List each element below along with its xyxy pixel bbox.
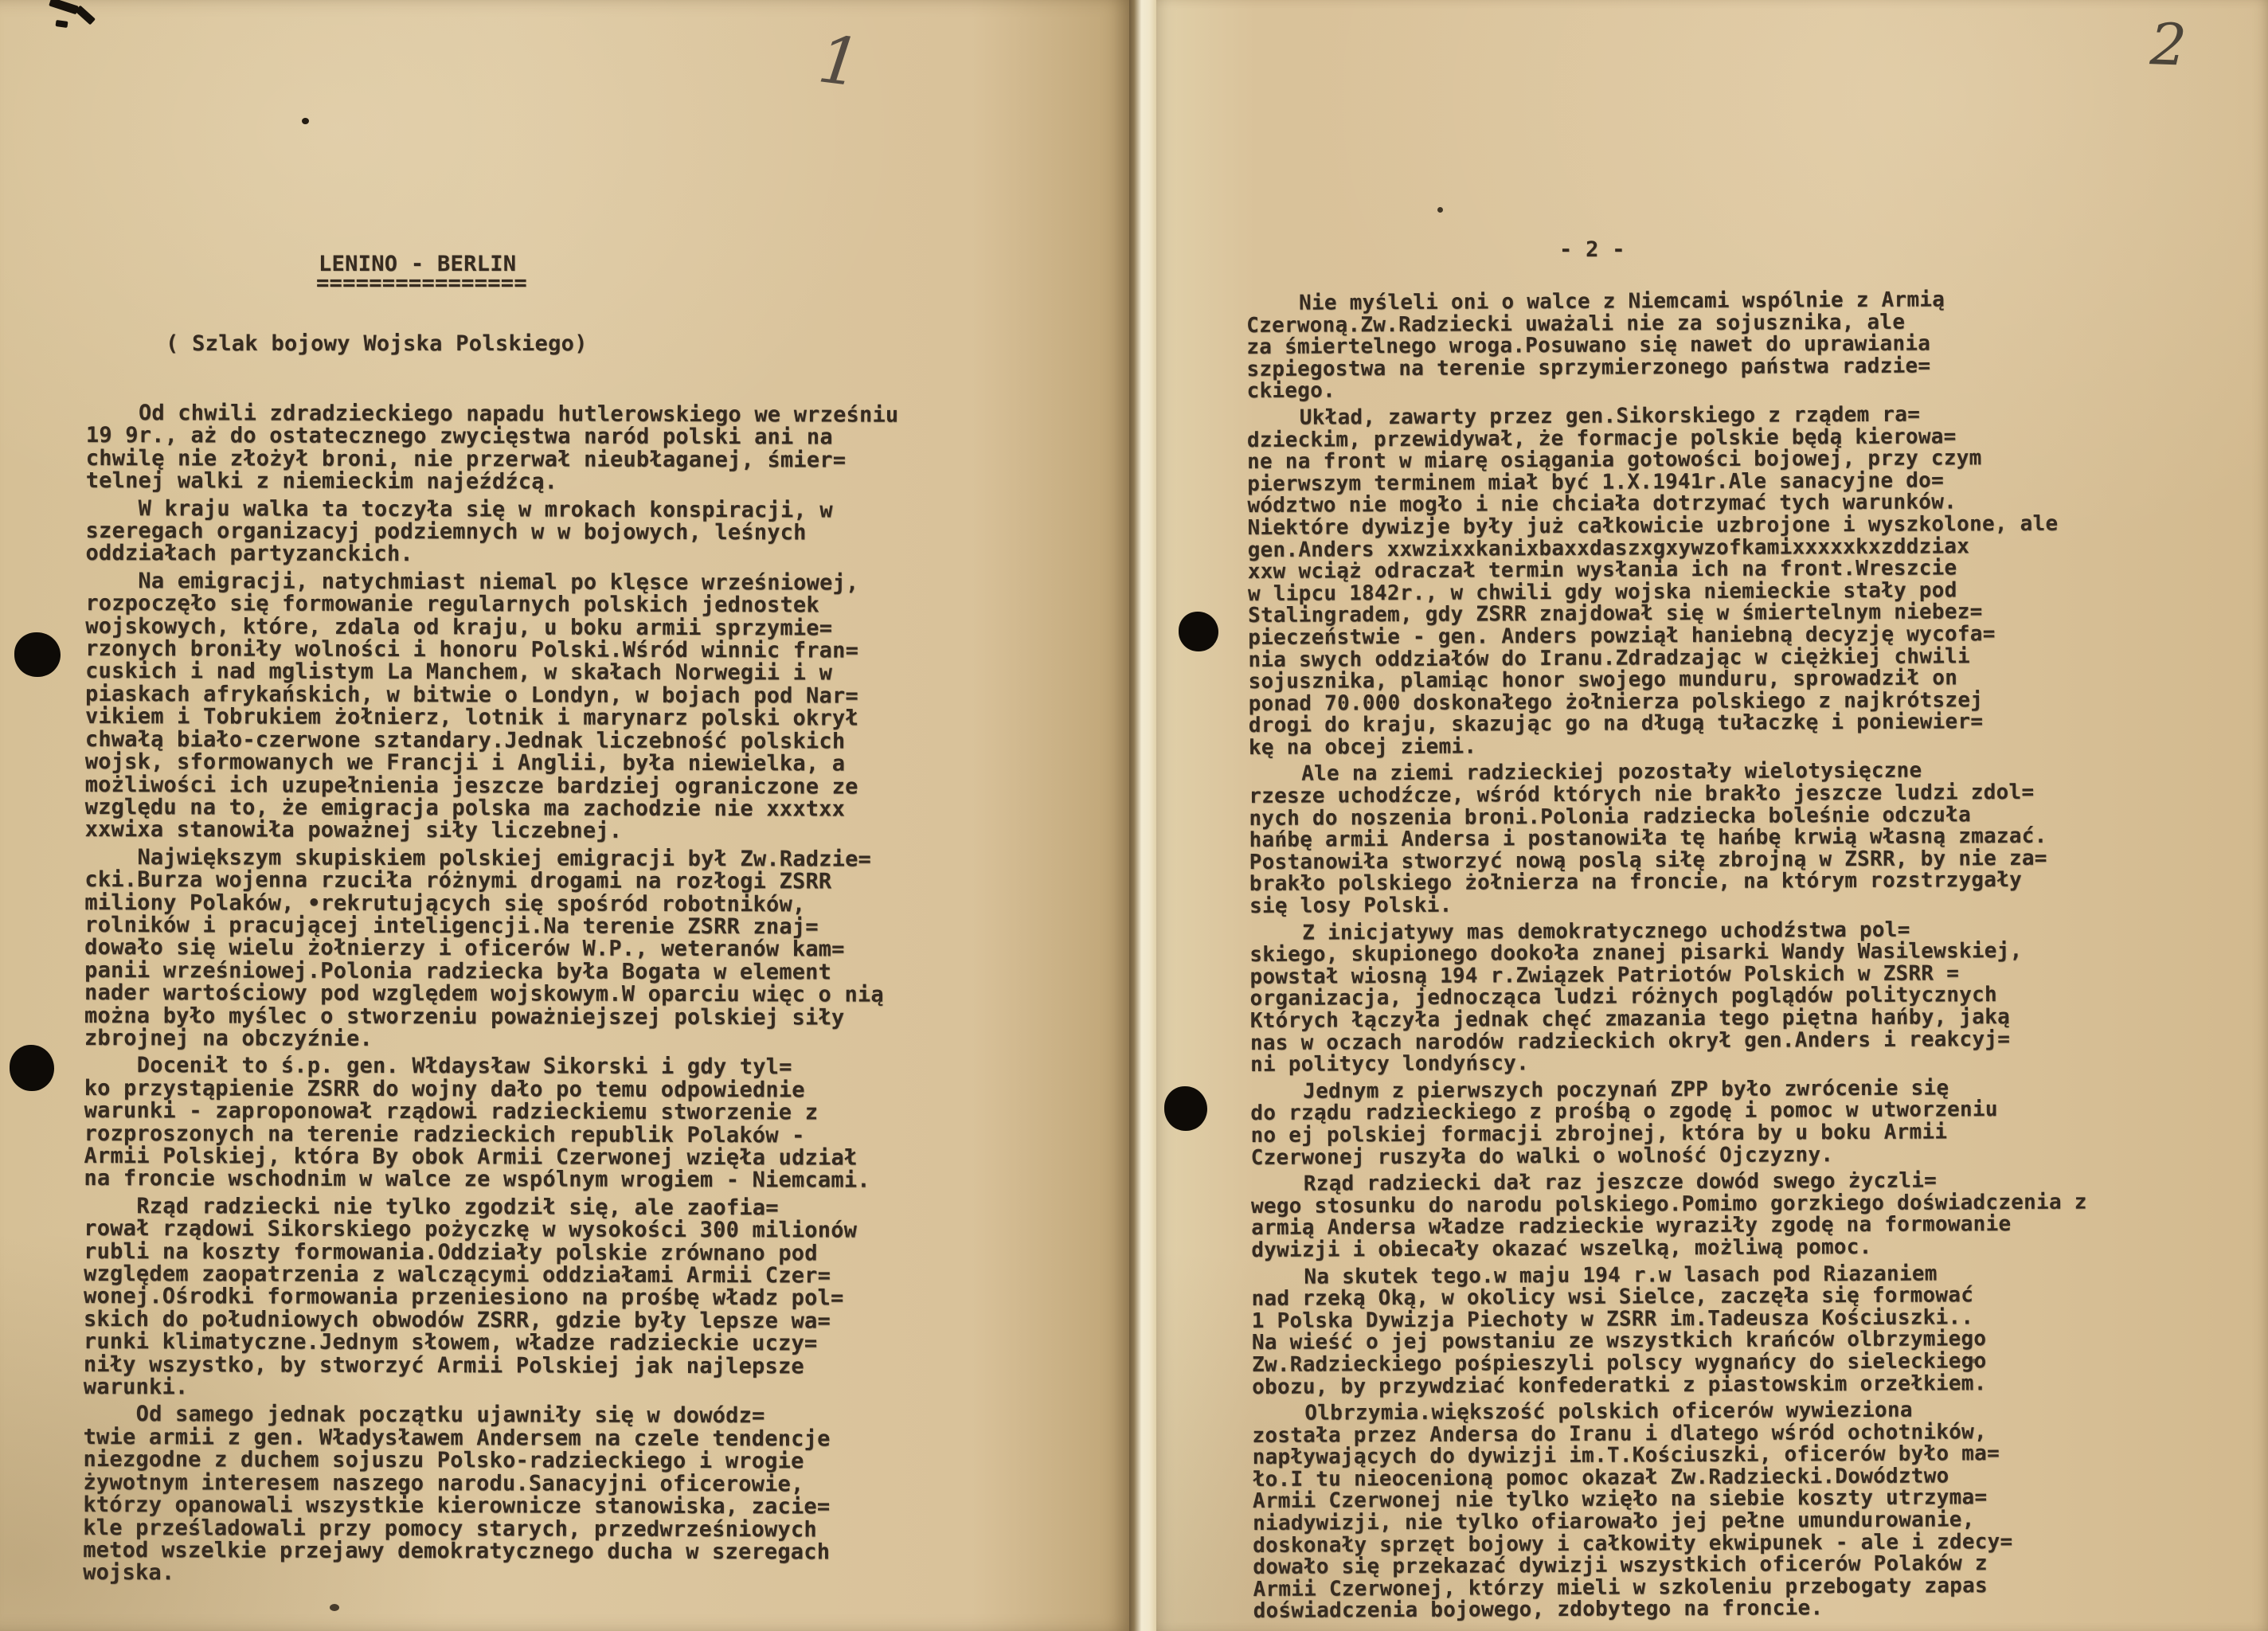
text-line: kę na obcej ziemi. — [1249, 733, 2164, 760]
page-2-body: Nie myśleli oni o walce z Niemcami wspól… — [1246, 288, 2169, 1628]
text-line: zbrojnej na obczyźnie. — [84, 1027, 992, 1052]
text-line: dywizji i obiecały okazać wszelką, możli… — [1251, 1235, 2167, 1262]
paragraph: Rząd radziecki nie tylko zgodził się, al… — [84, 1195, 992, 1402]
paragraph: Ale na ziemi radzieckiej pozostały wielo… — [1249, 759, 2165, 917]
text-line: wojska. — [83, 1562, 991, 1586]
paragraph: Od samego jednak początku ujawniły się w… — [83, 1403, 991, 1586]
paper-speck — [1437, 207, 1443, 213]
paper-speck — [302, 118, 309, 124]
punch-hole — [10, 1045, 54, 1091]
paragraph: Układ, zawarty przez gen.Sikorskiego z r… — [1247, 403, 2164, 760]
handwritten-page-number: 2 — [2149, 10, 2188, 79]
paragraph: Nie myśleli oni o walce z Niemcami wspól… — [1246, 288, 2163, 403]
paragraph: Z inicjatywy mas demokratycznego uchodźs… — [1249, 918, 2166, 1077]
text-line: xxwixa stanowiła poważnej siły liczebnej… — [85, 819, 993, 843]
document-scan: 1 LENINO - BERLIN ================ ( Szl… — [0, 0, 2268, 1631]
paragraph: W kraju walka ta toczyła się w mrokach k… — [85, 498, 993, 568]
text-line: doświadczenia bojowego, zdobytego na fro… — [1253, 1596, 2169, 1623]
paragraph: Na skutek tego.w maju 194 r.w lasach pod… — [1251, 1261, 2168, 1398]
text-line: telnej walki z niemieckim najeźdźcą. — [86, 470, 994, 495]
text-line: obozu, by przywdziać konfederatki z pias… — [1252, 1371, 2168, 1398]
title-underline: ================ — [316, 271, 527, 295]
text-line: metod wszelkie przejawy demokratycznego … — [83, 1539, 991, 1564]
text-line: na froncie wschodnim w walce ze wspólnym… — [84, 1168, 991, 1192]
paragraph: Jednym z pierwszych poczynań ZPP było zw… — [1250, 1077, 2167, 1169]
document-subtitle: ( Szlak bojowy Wojska Polskiego) — [166, 331, 588, 356]
punch-hole — [1179, 612, 1218, 651]
text-line: Czerwonej ruszyła do walki o wolność Ojc… — [1251, 1143, 2167, 1170]
paragraph: Rząd radziecki dał raz jeszcze dowód swe… — [1251, 1169, 2168, 1261]
paragraph: Olbrzymia.większość polskich oficerów wy… — [1252, 1398, 2168, 1623]
paragraph: Na emigracji, natychmiast niemal po klęs… — [85, 570, 994, 844]
paragraph: Największym skupiskiem polskiej emigracj… — [84, 847, 993, 1053]
text-line: się losy Polski. — [1249, 891, 2165, 918]
punch-hole — [14, 632, 61, 677]
text-line: oddziałach partyzanckich. — [85, 542, 993, 567]
text-line: warunki. — [84, 1376, 991, 1401]
paragraph: Od chwili zdradzieckiego napadu hutlerow… — [86, 402, 994, 495]
paragraph: Docenił to ś.p. gen. Włdaysław Sikorski … — [84, 1054, 991, 1192]
page-2-header: - 2 - — [1559, 237, 1625, 262]
page-1-body: Od chwili zdradzieckiego napadu hutlerow… — [83, 402, 994, 1592]
page-gap — [1129, 0, 1156, 1631]
paper-speck — [330, 1604, 339, 1611]
punch-hole — [1164, 1086, 1207, 1131]
text-line: niły wszystko, by stworzyć Armii Polskie… — [84, 1354, 991, 1379]
text-line: ni politycy londyńscy. — [1250, 1050, 2166, 1077]
